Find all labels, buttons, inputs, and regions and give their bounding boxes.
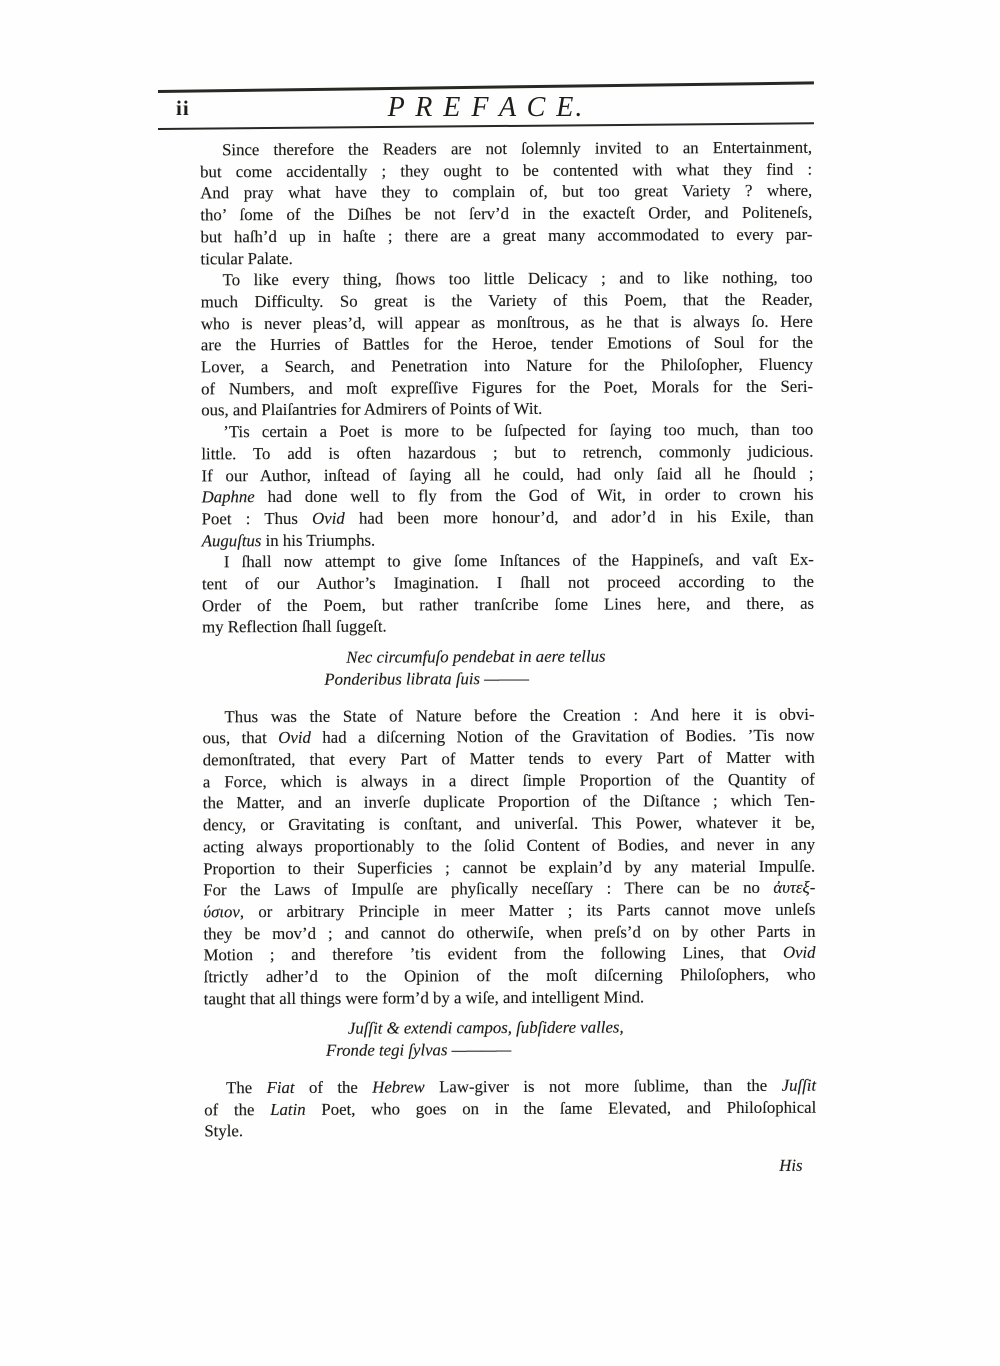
text-line: but come accidentally ; they ought to be… bbox=[200, 158, 812, 182]
text-line: Fronde tegi ſylvas ———— bbox=[326, 1038, 816, 1062]
text-line: they be mov’d ; and cannot do otherwiſe,… bbox=[203, 920, 815, 944]
text-line: little. To add is often hazardous ; but … bbox=[201, 441, 813, 465]
text-line: Style. bbox=[204, 1118, 816, 1142]
paragraph: ’Tis certain a Poet is more to be ſuſpec… bbox=[201, 419, 814, 552]
text-line: Juſſit & extendi campos, ſubſidere valle… bbox=[326, 1016, 816, 1040]
text-line: ticular Palate. bbox=[200, 245, 812, 269]
text-line: ous, that Ovid had a diſcerning Notion o… bbox=[203, 725, 815, 749]
text-line: To like every thing, ſhows too little De… bbox=[201, 267, 813, 291]
text-line: Auguſtus in his Triumphs. bbox=[202, 527, 814, 551]
text-line: For the Laws of Impulſe are phyſically n… bbox=[203, 877, 815, 901]
text-line: The Fiat of the Hebrew Law-giver is not … bbox=[204, 1074, 816, 1098]
text-line: my Reflection ſhall ſuggeſt. bbox=[202, 614, 814, 638]
text-line: I ſhall now attempt to give ſome Inſtanc… bbox=[202, 549, 814, 573]
text-line: ous, and Plaiſantries for Admirers of Po… bbox=[201, 397, 813, 421]
paragraph: Since therefore the Readers are not ſole… bbox=[200, 137, 813, 270]
text-line: who is never pleas’d, will appear as mon… bbox=[201, 310, 813, 334]
text-line: the Matter, and an inverſe duplicate Pro… bbox=[203, 790, 815, 814]
text-line: are the Hurries of Battles for the Heroe… bbox=[201, 332, 813, 356]
text-line: And pray what have they to complain of, … bbox=[200, 180, 812, 204]
text-line: much Difficulty. So great is the Variety… bbox=[201, 289, 813, 313]
text-line: Ponderibus librata ſuis ——— bbox=[324, 667, 814, 691]
text-line: Order of the Poem, but rather tranſcribe… bbox=[202, 592, 814, 616]
text-line: Motion ; and therefore ’tis evident from… bbox=[204, 942, 816, 966]
text-line: of Numbers, and moſt expreſſive Figures … bbox=[201, 375, 813, 399]
text-line: a Force, which is always in a direct ſim… bbox=[203, 768, 815, 792]
text-line: ſtrictly adher’d to the Opinion of the m… bbox=[204, 964, 816, 988]
text-body: Since therefore the Readers are not ſole… bbox=[200, 137, 817, 1179]
text-line: Thus was the State of Nature before the … bbox=[202, 703, 814, 727]
text-line: ύσιον, or arbitrary Principle in meer Ma… bbox=[203, 899, 815, 923]
text-line: Lover, a Search, and Penetration into Na… bbox=[201, 354, 813, 378]
text-line: ’Tis certain a Poet is more to be ſuſpec… bbox=[201, 419, 813, 443]
text-line: taught that all things were form’d by a … bbox=[204, 985, 816, 1009]
latin-quote: Nec circumfuſo pendebat in aere tellusPo… bbox=[202, 645, 814, 691]
paragraph: I ſhall now attempt to give ſome Inſtanc… bbox=[202, 549, 814, 638]
text-line: Poet : Thus Ovid had been more honour’d,… bbox=[202, 506, 814, 530]
text-line: acting always proportionably to the ſoli… bbox=[203, 833, 815, 857]
book-page: ii P R E F A C E. Since therefore the Re… bbox=[0, 0, 1000, 1366]
text-line: tent of our Author’s Imagination. I ſhal… bbox=[202, 571, 814, 595]
paragraph: The Fiat of the Hebrew Law-giver is not … bbox=[204, 1074, 816, 1142]
text-line: dency, or Gravitating is conſtant, and u… bbox=[203, 812, 815, 836]
text-line: demonſtrated, that every Part of Matter … bbox=[203, 747, 815, 771]
paragraph: To like every thing, ſhows too little De… bbox=[201, 267, 814, 422]
text-line: Proportion to their Superficies ; cannot… bbox=[203, 855, 815, 879]
catchword: His bbox=[204, 1155, 816, 1179]
text-line: Since therefore the Readers are not ſole… bbox=[200, 137, 812, 161]
text-line: Daphne had done well to fly from the God… bbox=[202, 484, 814, 508]
text-line: but haſh’d up in haſte ; there are a gre… bbox=[200, 223, 812, 247]
page-title: P R E F A C E. bbox=[158, 92, 814, 124]
text-line: Nec circumfuſo pendebat in aere tellus bbox=[324, 645, 814, 669]
text-line: tho’ ſome of the Diſhes be not ſerv’d in… bbox=[200, 202, 812, 226]
text-line: If our Author, inſtead of ſaying all he … bbox=[201, 462, 813, 486]
text-line: of the Latin Poet, who goes on in the ſa… bbox=[204, 1096, 816, 1120]
latin-quote: Juſſit & extendi campos, ſubſidere valle… bbox=[204, 1016, 816, 1062]
paragraph: Thus was the State of Nature before the … bbox=[202, 703, 815, 1010]
